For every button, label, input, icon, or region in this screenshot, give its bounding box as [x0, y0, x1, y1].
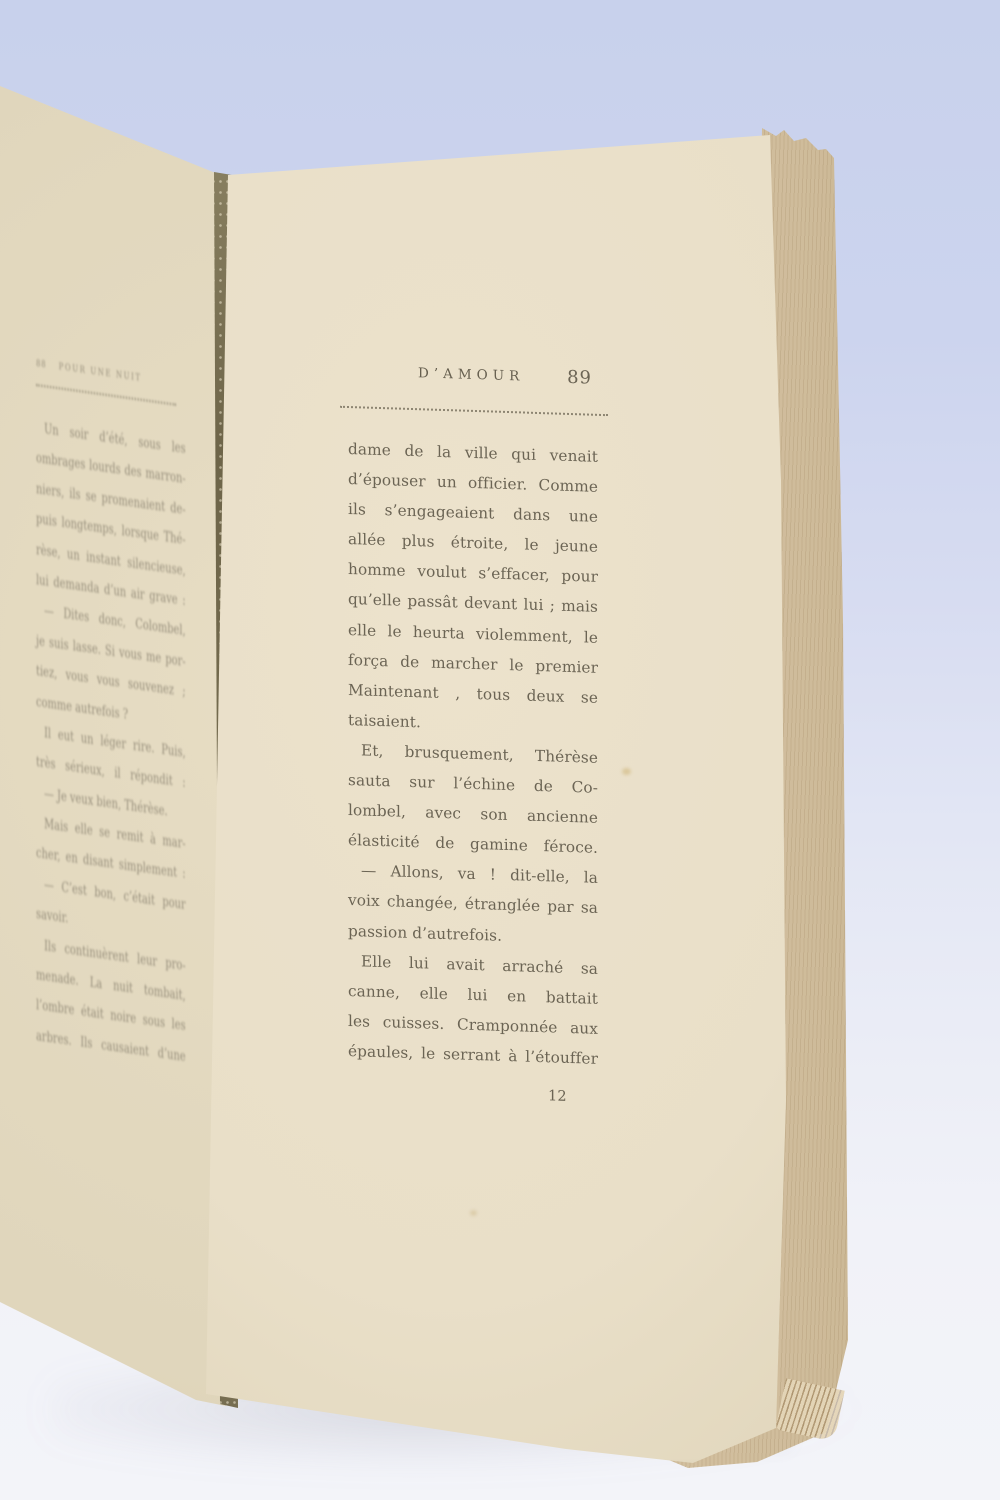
header-rule	[340, 406, 608, 416]
right-page-number: 89	[567, 367, 592, 389]
left-page-text: 88 POUR UNE NUIT Un soir d’été, sous les…	[36, 354, 186, 1072]
right-page-body: dame de la ville qui venait d’épouser un…	[348, 434, 598, 1074]
header-rule	[36, 384, 176, 406]
left-page-body: Un soir d’été, sous les ombrages lourds …	[36, 413, 186, 1072]
book-photo: 88 POUR UNE NUIT Un soir d’été, sous les…	[0, 0, 1000, 1500]
right-page-text: D’AMOUR 89 dame de la ville qui venait d…	[348, 360, 598, 1106]
left-page-number: 88	[36, 358, 46, 370]
foxing-spot	[622, 768, 631, 775]
foxing-spot	[470, 1210, 477, 1216]
right-running-title: D’AMOUR	[418, 365, 524, 384]
